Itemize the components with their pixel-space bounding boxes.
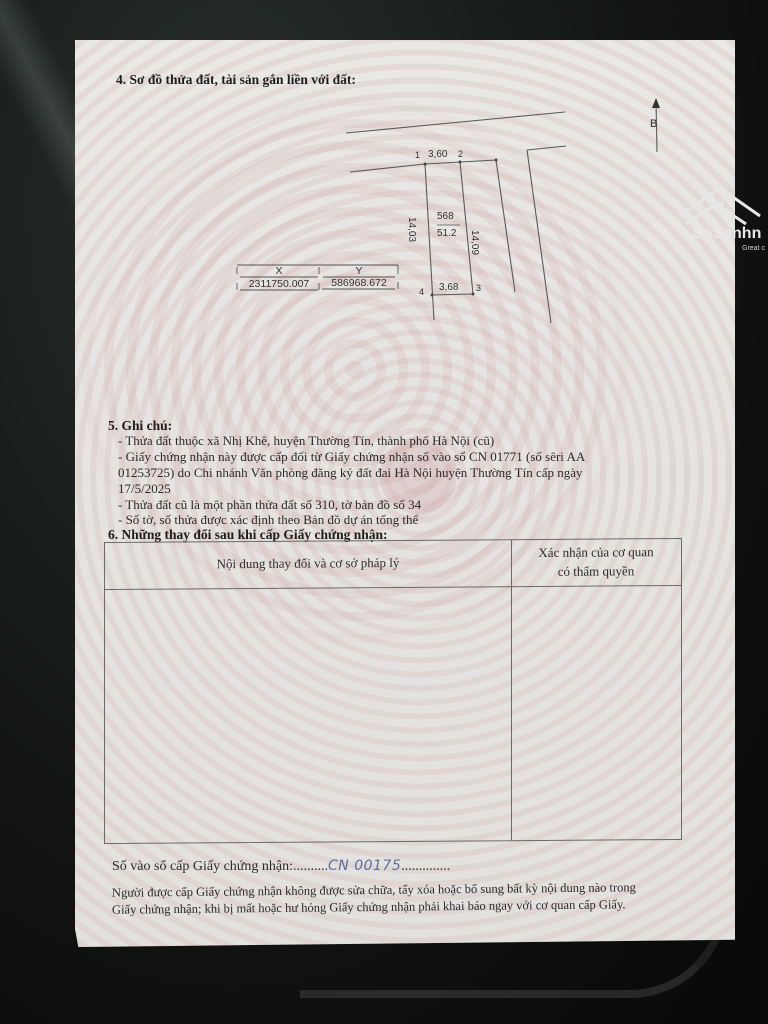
section4-heading: 4. Sơ đồ thửa đất, tài sản gắn liền với … [116, 72, 356, 88]
watermark-tagline: Great c [742, 245, 765, 252]
column-header-confirmation-line2: có thẩm quyền [511, 561, 681, 581]
column-header-confirmation-line1: Xác nhận của cơ quan [511, 542, 681, 562]
north-label: B [650, 118, 657, 130]
coord-x-value: 2311750.007 [240, 278, 318, 290]
registry-dots-before: .......... [293, 859, 328, 874]
top-edge-length: 3,60 [428, 149, 447, 160]
registry-label: Số vào sổ cấp Giấy chứng nhận: [112, 859, 293, 874]
note-2-date: 17/5/2025 [118, 481, 171, 497]
coord-x-header: X [240, 265, 318, 277]
right-edge-length: 14,09 [469, 230, 480, 255]
column-header-content: Nội dung thay đổi và cơ sở pháp lý [105, 554, 511, 573]
watermark-brand: SoSanhn [692, 225, 761, 243]
parcel-number: 568 [437, 211, 454, 222]
bottom-edge-length: 3,68 [439, 282, 458, 293]
registry-dots-after: .............. [401, 859, 450, 874]
changes-table: Nội dung thay đổi và cơ sở pháp lý Xác n… [104, 538, 682, 844]
coord-y-value: 586968.672 [322, 277, 396, 289]
parcel-area: 51.2 [437, 228, 456, 239]
coord-y-header: Y [322, 265, 396, 277]
point-2-label: 2 [458, 149, 463, 159]
registry-line: Số vào sổ cấp Giấy chứng nhận:..........… [112, 858, 450, 875]
section5-heading: 5. Ghi chú: [108, 418, 172, 434]
note-1: - Thửa đất thuộc xã Nhị Khê, huyện Thườn… [118, 433, 494, 449]
point-1-label: 1 [415, 150, 420, 160]
left-edge-length: 14,03 [406, 217, 417, 242]
point-3-label: 3 [476, 283, 481, 293]
column-header-confirmation: Xác nhận của cơ quan có thẩm quyền [511, 542, 681, 581]
note-2-continued: 01253725) do Chi nhánh Văn phòng đăng ký… [118, 465, 583, 481]
registry-number-handwritten: CN 00175 [328, 858, 401, 874]
changes-table-header: Nội dung thay đổi và cơ sở pháp lý Xác n… [105, 539, 681, 590]
note-4: - Số tờ, số thửa được xác định theo Bản … [118, 512, 418, 528]
note-2: - Giấy chứng nhận này được cấp đổi từ Gi… [118, 449, 585, 465]
table-column-divider [511, 540, 512, 840]
note-3: - Thửa đất cũ là một phần thửa đất số 31… [118, 497, 421, 513]
point-4-label: 4 [419, 287, 424, 297]
